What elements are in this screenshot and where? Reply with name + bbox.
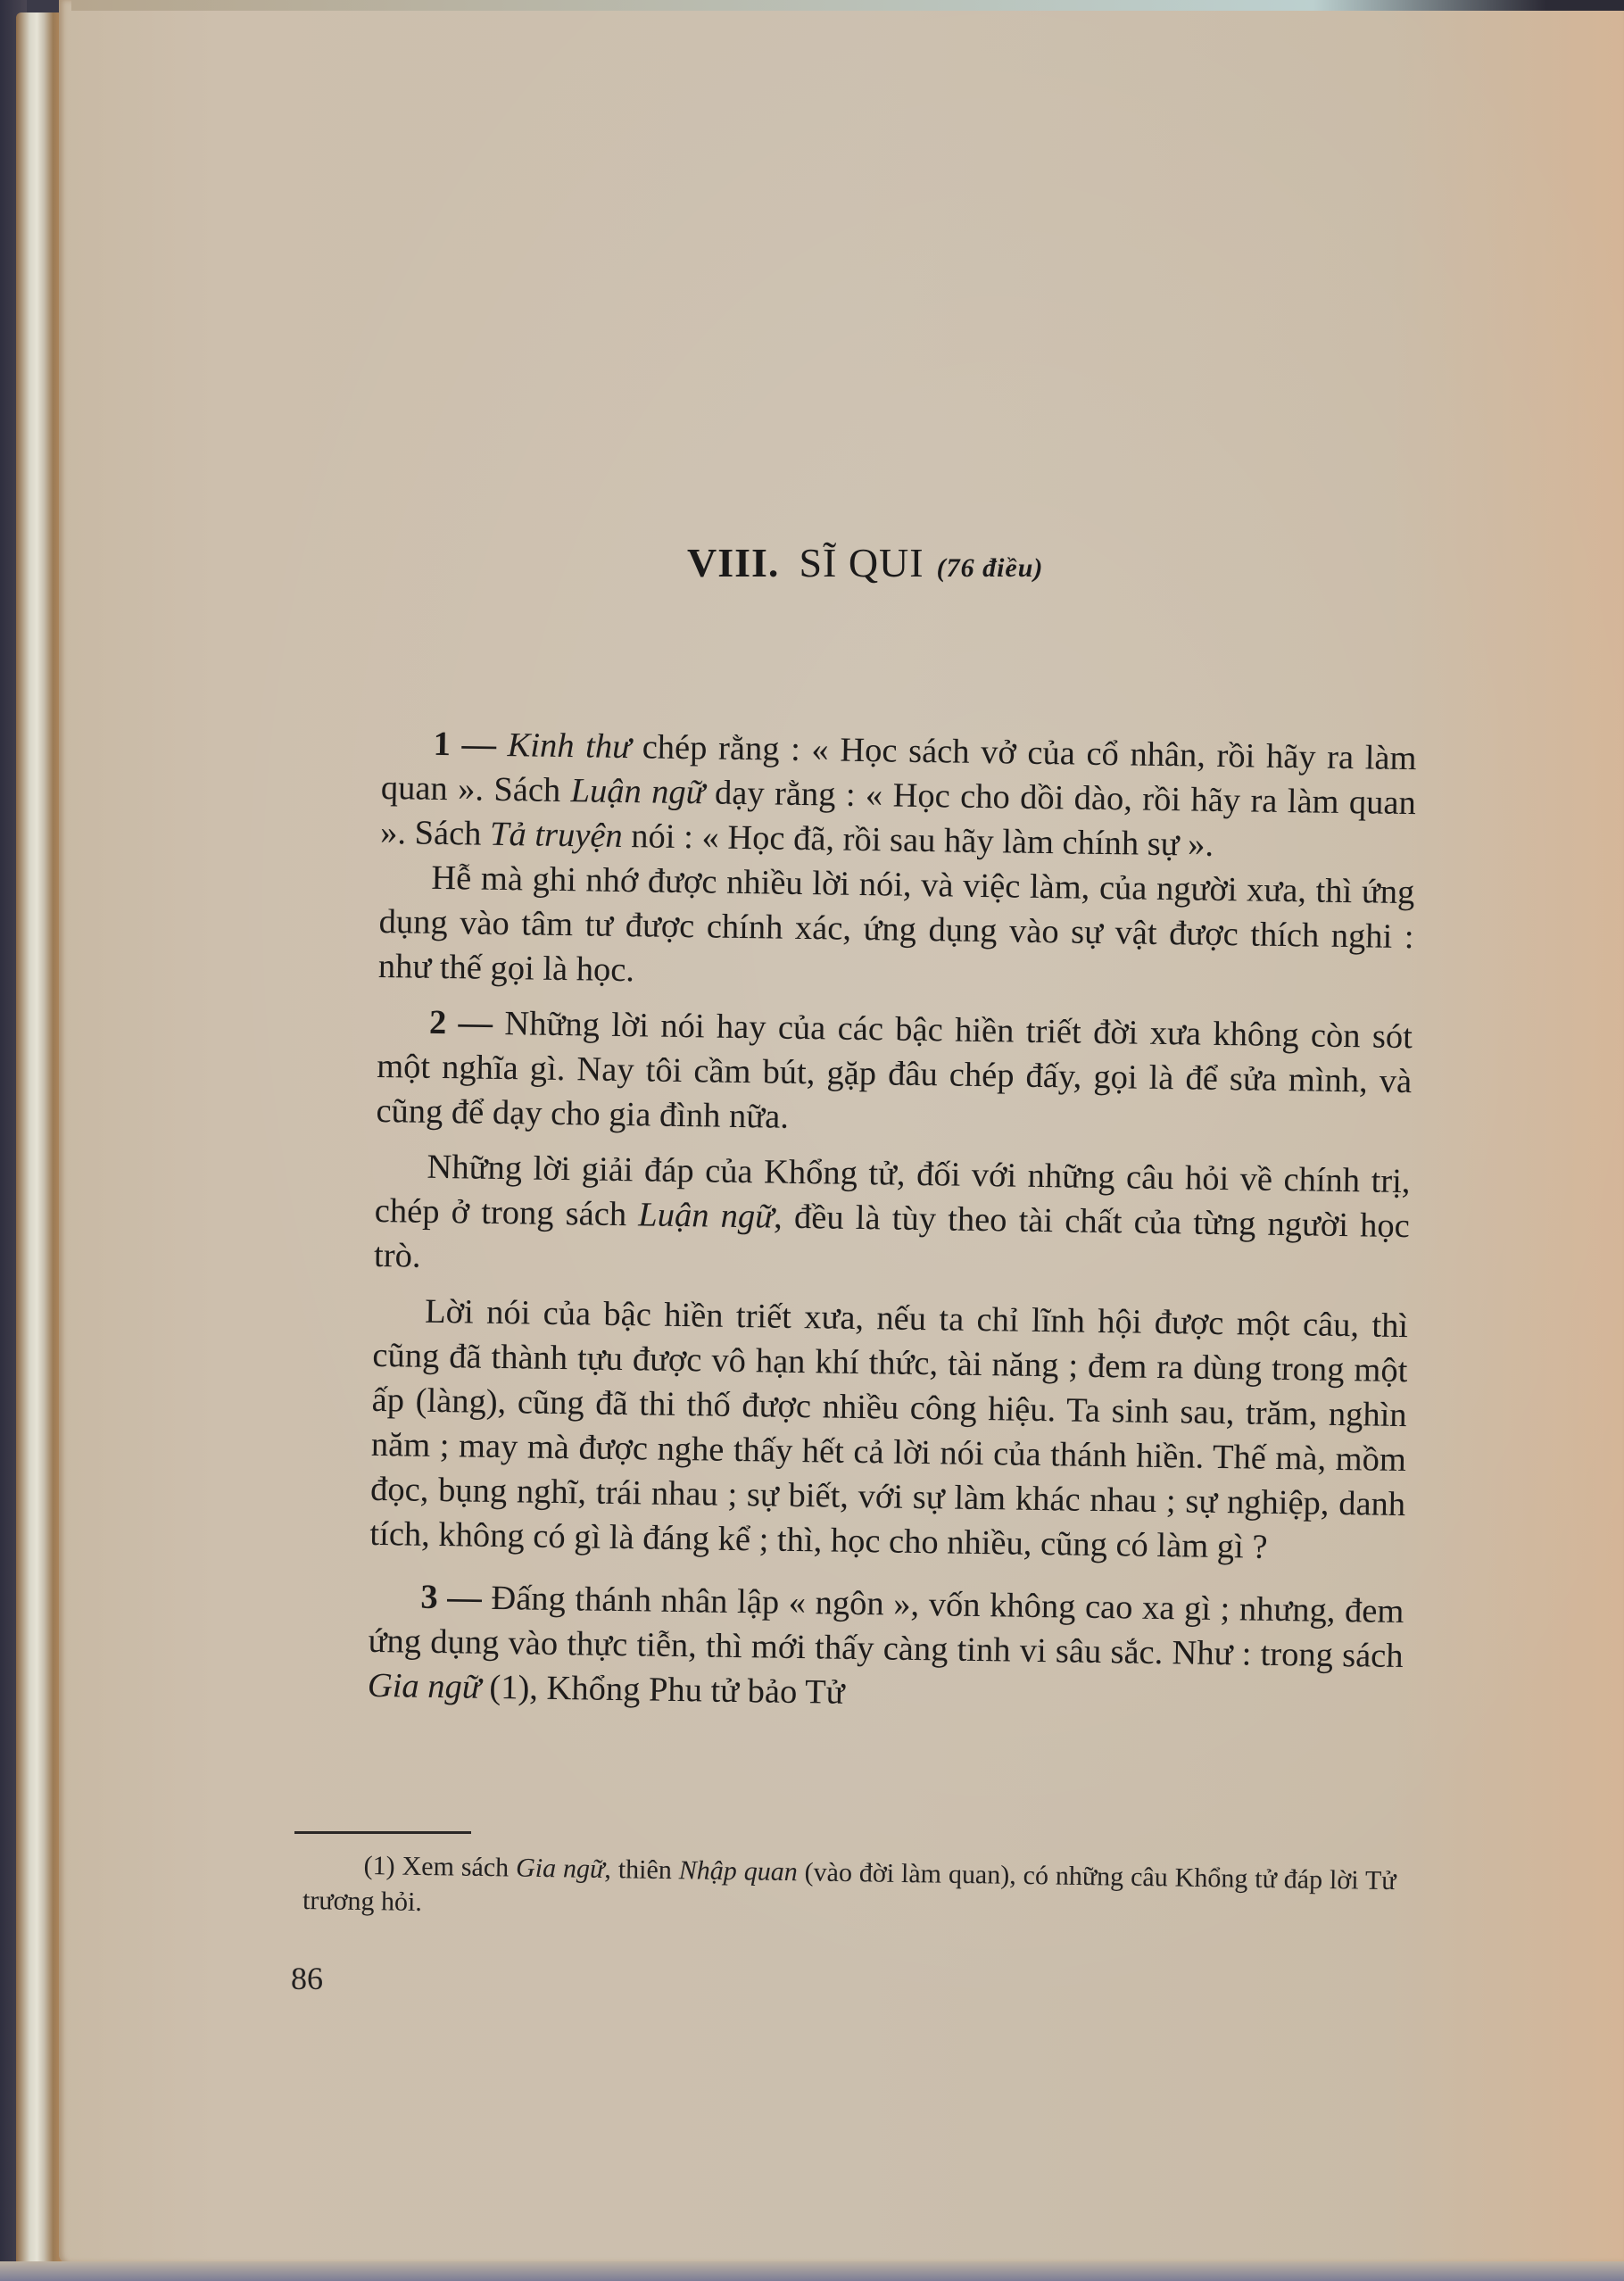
chapter-heading: VIII.SĨ QUI(76 điều) — [687, 539, 1043, 586]
text-run: Lời nói của bậc hiền triết xưa, nếu ta c… — [369, 1293, 1408, 1566]
paragraph-2: 2 — Những lời nói hay của các bậc hiền t… — [376, 999, 1413, 1149]
text-run: Hễ mà ghi nhớ được nhiều lời nói, và việ… — [378, 859, 1415, 989]
chapter-numeral: VIII. — [687, 540, 779, 585]
chapter-item-count: (76 điều) — [937, 553, 1044, 583]
chapter-title: SĨ QUI — [799, 540, 924, 585]
paragraph-1: 1 — Kinh thư chép rằng : « Học sách vở c… — [380, 721, 1417, 870]
text-run: Xem sách — [394, 1852, 516, 1883]
page-stack-edge — [16, 12, 62, 2270]
paragraph-1b: Hễ mà ghi nhớ được nhiều lời nói, và việ… — [378, 855, 1415, 1004]
text-run: Đấng thánh nhân lập « ngôn », vốn không … — [368, 1580, 1404, 1675]
italic-title: Kinh thư — [507, 726, 631, 766]
footnote-marker: (1) — [363, 1851, 394, 1881]
text-run: Những lời nói hay của các bậc hiền triết… — [376, 1005, 1413, 1136]
paragraph-number: 3 — — [420, 1579, 482, 1617]
italic-title: Nhập quan — [679, 1855, 798, 1887]
text-run: (1), Khổng Phu tử bảo Tử — [481, 1669, 845, 1712]
paragraph-3: 3 — Đấng thánh nhân lập « ngôn », vốn kh… — [368, 1574, 1404, 1723]
footnote-divider — [294, 1831, 471, 1834]
book-bottom-edge — [0, 2261, 1624, 2281]
italic-title: Gia ngữ — [368, 1667, 481, 1706]
italic-title: Tả truyện — [490, 816, 623, 855]
italic-title: Luận ngữ — [570, 772, 705, 811]
paragraph-number: 2 — — [429, 1004, 493, 1042]
body-text: 1 — Kinh thư chép rằng : « Học sách vở c… — [368, 721, 1417, 1723]
paragraph-2c: Lời nói của bậc hiền triết xưa, nếu ta c… — [369, 1289, 1408, 1572]
page-number: 86 — [291, 1960, 323, 1997]
footnote-text: Xem sách Gia ngữ, thiên Nhập quan (vào đ… — [302, 1852, 1396, 1917]
text-run — [496, 726, 508, 764]
paragraph-number: 1 — — [433, 726, 496, 764]
italic-title: Luận ngữ — [638, 1196, 774, 1235]
text-run: , thiên — [604, 1854, 679, 1885]
italic-title: Gia ngữ — [516, 1854, 605, 1884]
paragraph-2b: Những lời giải đáp của Khổng tử, đối với… — [374, 1144, 1411, 1293]
text-run: nói : « Học đã, rồi sau hãy làm chính sự… — [622, 817, 1214, 864]
page-top-edge — [71, 0, 1624, 11]
